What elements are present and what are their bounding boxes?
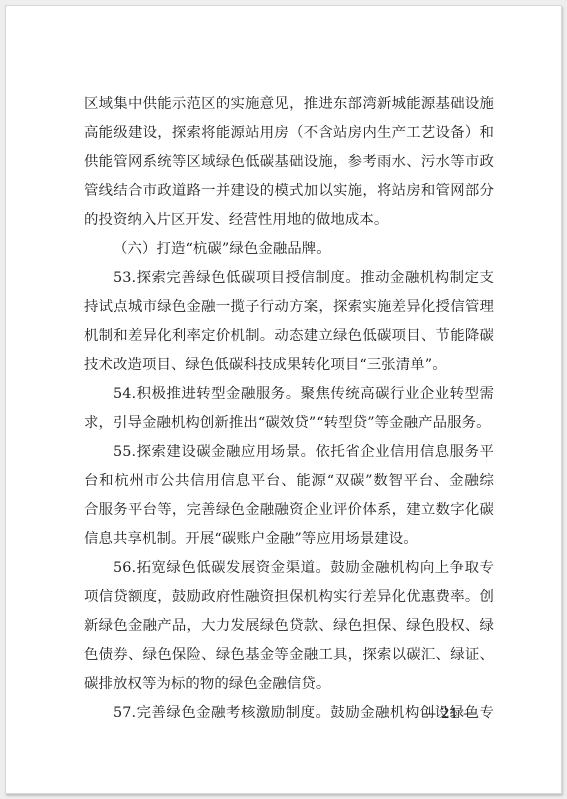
text-line: 55.探索建设碳金融应用场景。依托省企业信用信息服务平 <box>84 438 494 467</box>
text-line: 色债券、绿色保险、绿色基金等金融工具，探索以碳汇、绿证、 <box>84 641 494 670</box>
text-line: 合服务平台等，完善绿色金融融资企业评价体系，建立数字化碳 <box>84 496 494 525</box>
text-line: 54.积极推进转型金融服务。聚焦传统高碳行业企业转型需 <box>84 380 494 409</box>
text-line: 新绿色金融产品，大力发展绿色贷款、绿色担保、绿色股权、绿 <box>84 612 494 641</box>
text-line: 机制和差异化利率定价机制。动态建立绿色低碳项目、节能降碳 <box>84 322 494 351</box>
text-line: 区域集中供能示范区的实施意见，推进东部湾新城能源基础设施 <box>84 90 494 119</box>
text-line: 的投资纳入片区开发、经营性用地的做地成本。 <box>84 206 494 235</box>
text-line: 信息共享机制。开展“碳账户金融”等应用场景建设。 <box>84 525 494 554</box>
text-line: 53.探索完善绿色低碳项目授信制度。推动金融机构制定支 <box>84 264 494 293</box>
text-line: 技术改造项目、绿色低碳科技成果转化项目“三张清单”。 <box>84 351 494 380</box>
text-line: 管线结合市政道路一并建设的模式加以实施，将站房和管网部分 <box>84 177 494 206</box>
text-line: 求，引导金融机构创新推出“碳效贷”“转型贷”等金融产品服务。 <box>84 409 494 438</box>
text-line: 供能管网系统等区域绿色低碳基础设施，参考雨水、污水等市政 <box>84 148 494 177</box>
text-line: 高能级建设，探索将能源站用房（不含站房内生产工艺设备）和 <box>84 119 494 148</box>
text-line: （六）打造“杭碳”绿色金融品牌。 <box>84 235 494 264</box>
document-body: 区域集中供能示范区的实施意见，推进东部湾新城能源基础设施高能级建设，探索将能源站… <box>84 90 494 728</box>
text-line: 台和杭州市公共信用信息平台、能源“双碳”数智平台、金融综 <box>84 467 494 496</box>
page-number: — 21 — <box>6 706 561 722</box>
text-line: 碳排放权等为标的物的绿色金融信贷。 <box>84 670 494 699</box>
text-line: 项信贷额度，鼓励政府性融资担保机构实行差异化优惠费率。创 <box>84 583 494 612</box>
text-line: 持试点城市绿色金融一揽子行动方案，探索实施差异化授信管理 <box>84 293 494 322</box>
text-line: 56.拓宽绿色低碳发展资金渠道。鼓励金融机构向上争取专 <box>84 554 494 583</box>
document-page: 区域集中供能示范区的实施意见，推进东部湾新城能源基础设施高能级建设，探索将能源站… <box>5 5 562 794</box>
